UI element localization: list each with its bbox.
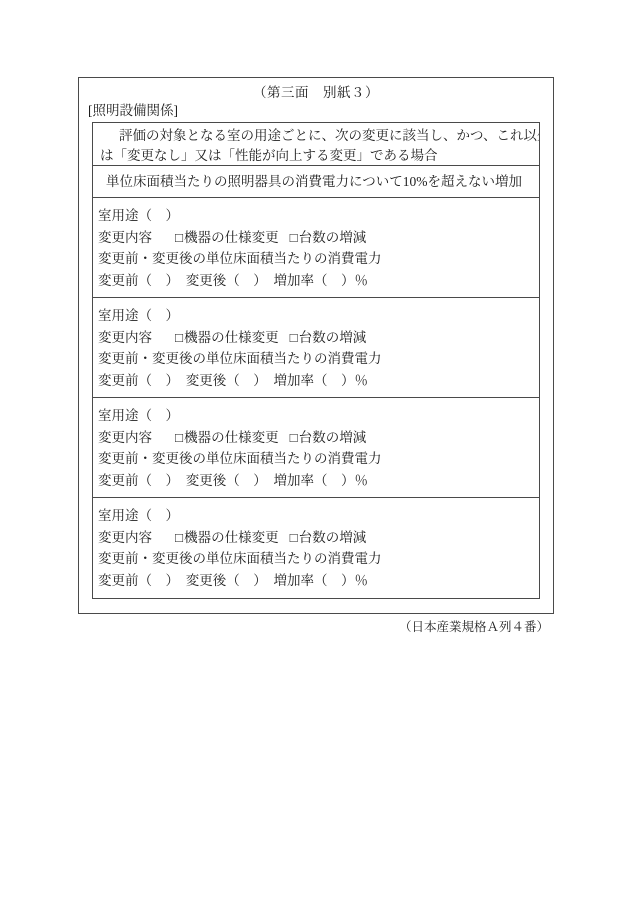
- form-outer-box: （第三面 別紙３） [照明設備関係] 評価の対象となる室の用途ごとに、次の変更に…: [78, 77, 554, 614]
- room-entry-block-1: 室用途（ ） 変更内容□機器の仕様変更□台数の増減 変更前・変更後の単位床面積当…: [93, 198, 539, 298]
- values-line: 変更前（ ） 変更後（ ） 増加率（ ）％: [98, 270, 531, 292]
- checkbox-icon: □: [175, 530, 183, 545]
- checkbox-option-spec-change: □機器の仕様変更: [175, 330, 279, 345]
- change-content-line: 変更内容□機器の仕様変更□台数の増減: [98, 327, 531, 349]
- checkbox-option-label: 台数の増減: [299, 330, 367, 345]
- condition-text-line2: は「変更なし」又は「性能が向上する変更」である場合: [100, 146, 531, 166]
- checkbox-option-unit-count: □台数の増減: [290, 330, 367, 345]
- change-content-label: 変更内容: [98, 330, 152, 345]
- room-use-line: 室用途（ ）: [98, 505, 531, 527]
- power-consumption-line: 変更前・変更後の単位床面積当たりの消費電力: [98, 348, 531, 370]
- condition-row: 評価の対象となる室の用途ごとに、次の変更に該当し、かつ、これ以外について は「変…: [93, 123, 539, 166]
- change-content-label: 変更内容: [98, 230, 152, 245]
- change-content-line: 変更内容□機器の仕様変更□台数の増減: [98, 227, 531, 249]
- checkbox-option-label: 台数の増減: [299, 430, 367, 445]
- section-label: [照明設備関係]: [88, 99, 178, 119]
- checkbox-option-label: 機器の仕様変更: [184, 330, 279, 345]
- change-content-label: 変更内容: [98, 530, 152, 545]
- checkbox-option-unit-count: □台数の増減: [290, 530, 367, 545]
- criterion-row: 単位床面積当たりの照明器具の消費電力について10%を超えない増加: [93, 166, 539, 198]
- checkbox-option-label: 機器の仕様変更: [184, 530, 279, 545]
- paper-size-note: （日本産業規格Ａ列４番）: [399, 617, 549, 635]
- values-line: 変更前（ ） 変更後（ ） 増加率（ ）％: [98, 570, 531, 592]
- room-use-line: 室用途（ ）: [98, 405, 531, 427]
- form-title: （第三面 別紙３）: [79, 81, 553, 101]
- power-consumption-line: 変更前・変更後の単位床面積当たりの消費電力: [98, 448, 531, 470]
- checkbox-option-unit-count: □台数の増減: [290, 430, 367, 445]
- values-line: 変更前（ ） 変更後（ ） 増加率（ ）％: [98, 370, 531, 392]
- checkbox-icon: □: [290, 230, 298, 245]
- checkbox-option-label: 台数の増減: [299, 530, 367, 545]
- room-use-line: 室用途（ ）: [98, 205, 531, 227]
- change-content-line: 変更内容□機器の仕様変更□台数の増減: [98, 427, 531, 449]
- checkbox-option-spec-change: □機器の仕様変更: [175, 530, 279, 545]
- power-consumption-line: 変更前・変更後の単位床面積当たりの消費電力: [98, 248, 531, 270]
- checkbox-icon: □: [290, 330, 298, 345]
- checkbox-icon: □: [175, 330, 183, 345]
- change-content-line: 変更内容□機器の仕様変更□台数の増減: [98, 527, 531, 549]
- change-content-label: 変更内容: [98, 430, 152, 445]
- checkbox-option-label: 機器の仕様変更: [184, 230, 279, 245]
- power-consumption-line: 変更前・変更後の単位床面積当たりの消費電力: [98, 548, 531, 570]
- checkbox-icon: □: [290, 430, 298, 445]
- checkbox-icon: □: [175, 230, 183, 245]
- values-line: 変更前（ ） 変更後（ ） 増加率（ ）％: [98, 470, 531, 492]
- document-page: （第三面 別紙３） [照明設備関係] 評価の対象となる室の用途ごとに、次の変更に…: [0, 0, 630, 903]
- checkbox-icon: □: [175, 430, 183, 445]
- checkbox-option-label: 台数の増減: [299, 230, 367, 245]
- checkbox-option-spec-change: □機器の仕様変更: [175, 230, 279, 245]
- form-table: 評価の対象となる室の用途ごとに、次の変更に該当し、かつ、これ以外について は「変…: [92, 122, 540, 599]
- room-entry-block-4: 室用途（ ） 変更内容□機器の仕様変更□台数の増減 変更前・変更後の単位床面積当…: [93, 498, 539, 598]
- checkbox-option-unit-count: □台数の増減: [290, 230, 367, 245]
- checkbox-option-label: 機器の仕様変更: [184, 430, 279, 445]
- checkbox-option-spec-change: □機器の仕様変更: [175, 430, 279, 445]
- checkbox-icon: □: [290, 530, 298, 545]
- condition-text-line1: 評価の対象となる室の用途ごとに、次の変更に該当し、かつ、これ以外について: [100, 126, 531, 146]
- room-entry-block-3: 室用途（ ） 変更内容□機器の仕様変更□台数の増減 変更前・変更後の単位床面積当…: [93, 398, 539, 498]
- room-use-line: 室用途（ ）: [98, 305, 531, 327]
- room-entry-block-2: 室用途（ ） 変更内容□機器の仕様変更□台数の増減 変更前・変更後の単位床面積当…: [93, 298, 539, 398]
